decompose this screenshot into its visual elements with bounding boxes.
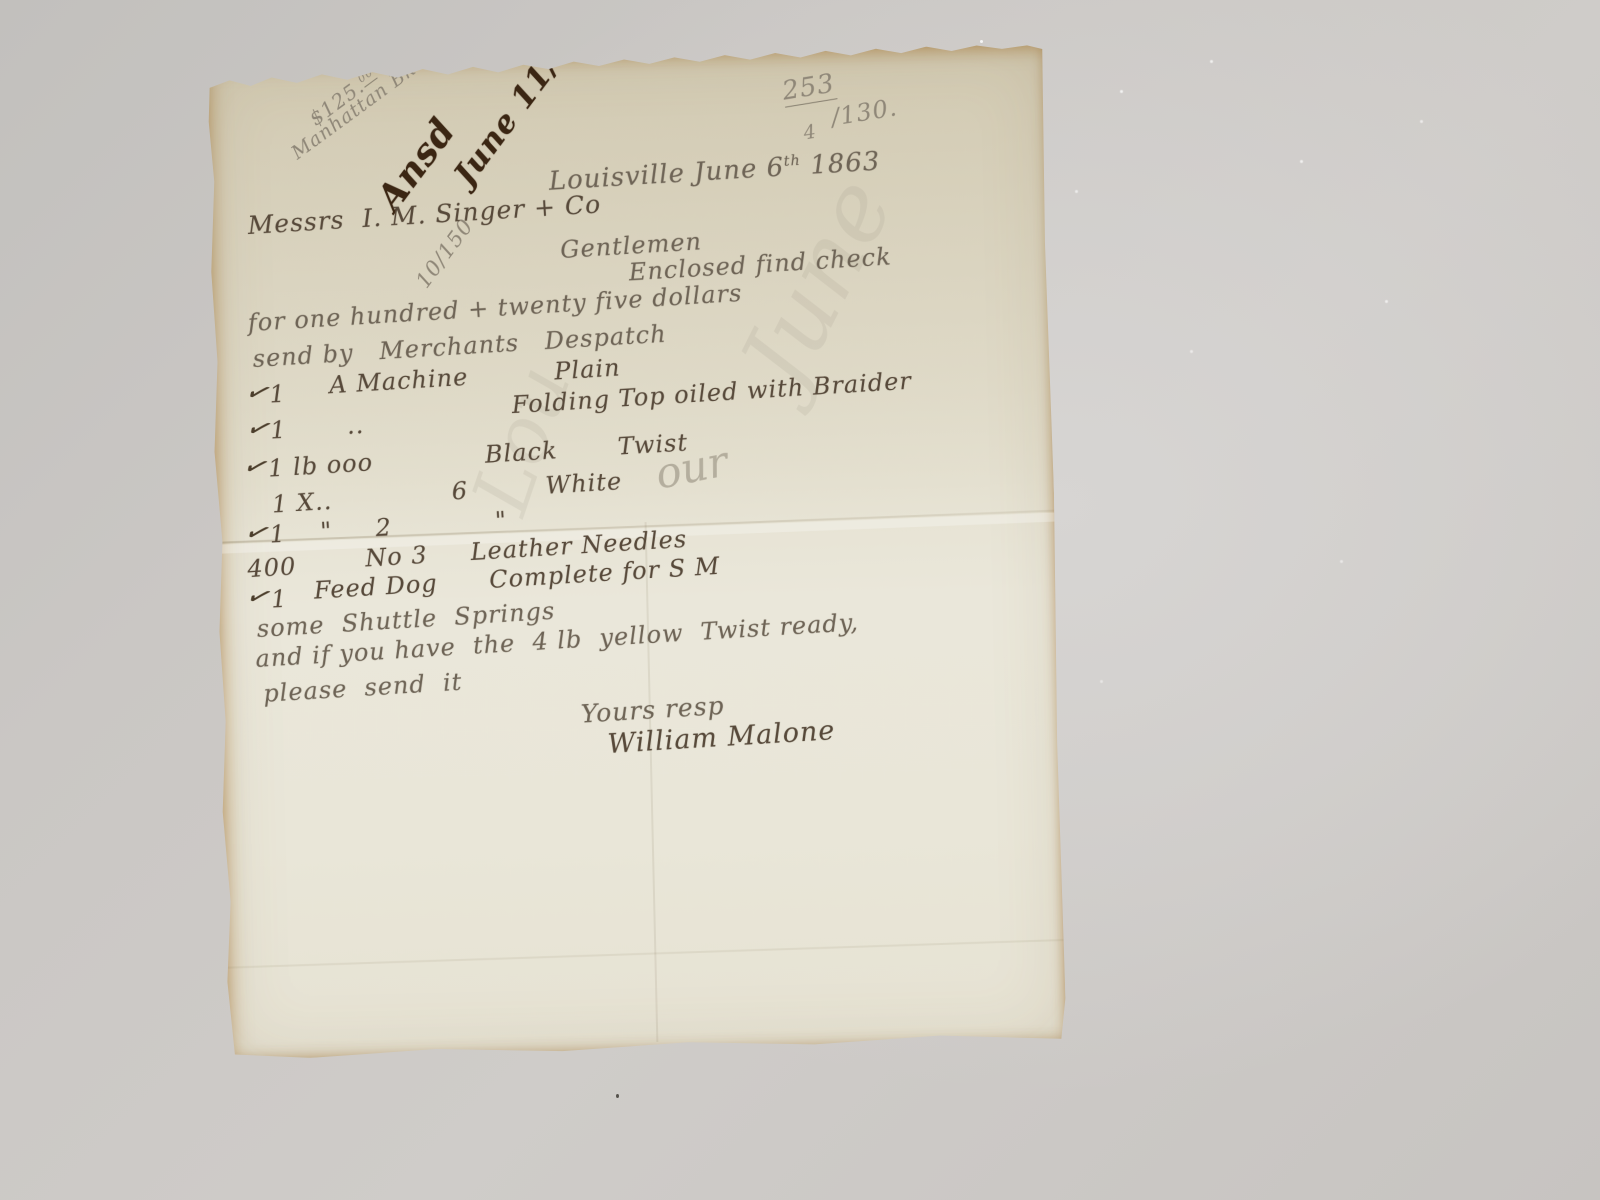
item-desc: Black Twist [484,430,688,466]
item-qty: 1 lb ooo [268,450,374,480]
dateline-year: 1863 [800,147,881,182]
checkmark: ✓ [242,410,273,446]
letter-line-please-send: please send it [263,670,463,706]
letter-closing: Yours resp [580,693,725,727]
letter-addressee: Messrs I. M. Singer + Co [247,191,602,238]
item-desc: 6 White [451,469,623,503]
item-qty: 400 [247,554,297,581]
wall-speck [616,1094,619,1098]
item-qty: 1 [269,382,287,407]
wall-texture-specks [980,40,983,43]
letter-line-amount: for one hundred + twenty five dollars [247,281,743,335]
checkmark: ✓ [242,578,273,614]
item-qty: 1 [270,587,288,612]
fold-crease-lower [225,939,1065,969]
docket-number-top: 253 [781,71,838,108]
fold-crease-vertical [645,522,659,1042]
item-qty: 1 .. [270,413,365,443]
dateline-suffix: th [783,153,801,170]
checkmark: ✓ [239,448,270,484]
letter-paper: June Lou our $125.00 Manhattan Bk Ansd J… [204,43,1066,1062]
item-qty: 1 X.. [271,489,333,517]
checkmark: ✓ [242,374,273,410]
